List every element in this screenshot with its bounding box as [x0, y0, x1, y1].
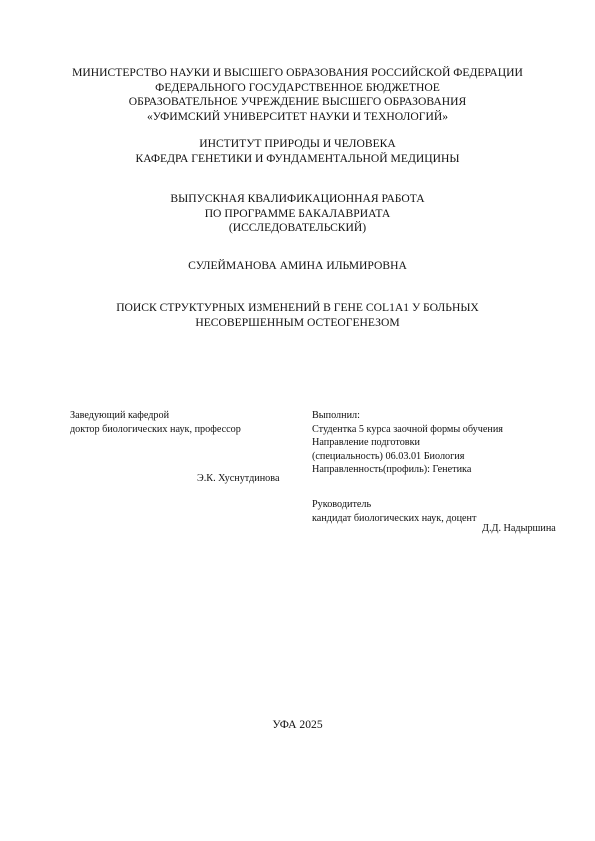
- head-name: Э.К. Хуснутдинова: [197, 472, 279, 486]
- city-year-text: УФА 2025: [0, 718, 595, 733]
- thesis-topic: ПОИСК СТРУКТУРНЫХ ИЗМЕНЕНИЙ В ГЕНЕ COL1A…: [0, 301, 595, 330]
- performer-line: Направленность(профиль): Генетика: [312, 463, 503, 477]
- header-line: ФЕДЕРАЛЬНОГО ГОСУДАРСТВЕННОЕ БЮДЖЕТНОЕ: [0, 81, 595, 96]
- header-line: МИНИСТЕРСТВО НАУКИ И ВЫСШЕГО ОБРАЗОВАНИЯ…: [0, 66, 595, 81]
- topic-line: НЕСОВЕРШЕННЫМ ОСТЕОГЕНЕЗОМ: [0, 316, 595, 331]
- work-type-line: (ИССЛЕДОВАТЕЛЬСКИЙ): [0, 221, 595, 236]
- performer-line: Студентка 5 курса заочной формы обучения: [312, 423, 503, 437]
- supervisor-block: Руководитель кандидат биологических наук…: [312, 498, 476, 525]
- head-title: Заведующий кафедрой: [70, 409, 241, 423]
- supervisor-name: Д.Д. Надыршина: [482, 522, 556, 536]
- header-line: ОБРАЗОВАТЕЛЬНОЕ УЧРЕЖДЕНИЕ ВЫСШЕГО ОБРАЗ…: [0, 95, 595, 110]
- ministry-header: МИНИСТЕРСТВО НАУКИ И ВЫСШЕГО ОБРАЗОВАНИЯ…: [0, 66, 595, 124]
- department-name: КАФЕДРА ГЕНЕТИКИ И ФУНДАМЕНТАЛЬНОЙ МЕДИЦ…: [0, 152, 595, 167]
- institute-name: ИНСТИТУТ ПРИРОДЫ И ЧЕЛОВЕКА: [0, 137, 595, 152]
- author-name: СУЛЕЙМАНОВА АМИНА ИЛЬМИРОВНА: [0, 259, 595, 274]
- topic-line: ПОИСК СТРУКТУРНЫХ ИЗМЕНЕНИЙ В ГЕНЕ COL1A…: [0, 301, 595, 316]
- work-type-line: ПО ПРОГРАММЕ БАКАЛАВРИАТА: [0, 207, 595, 222]
- head-degree: доктор биологических наук, профессор: [70, 423, 241, 437]
- city-year: УФА 2025: [0, 718, 595, 733]
- performer-line: (специальность) 06.03.01 Биология: [312, 450, 503, 464]
- work-type-block: ВЫПУСКНАЯ КВАЛИФИКАЦИОННАЯ РАБОТА ПО ПРО…: [0, 192, 595, 236]
- author-name-text: СУЛЕЙМАНОВА АМИНА ИЛЬМИРОВНА: [0, 259, 595, 274]
- header-line: «УФИМСКИЙ УНИВЕРСИТЕТ НАУКИ И ТЕХНОЛОГИЙ…: [0, 110, 595, 125]
- work-type-line: ВЫПУСКНАЯ КВАЛИФИКАЦИОННАЯ РАБОТА: [0, 192, 595, 207]
- performer-label: Выполнил:: [312, 409, 503, 423]
- institute-block: ИНСТИТУТ ПРИРОДЫ И ЧЕЛОВЕКА КАФЕДРА ГЕНЕ…: [0, 137, 595, 166]
- performer-line: Направление подготовки: [312, 436, 503, 450]
- head-of-department-block: Заведующий кафедрой доктор биологических…: [70, 409, 241, 436]
- supervisor-degree: кандидат биологических наук, доцент: [312, 512, 476, 526]
- supervisor-title: Руководитель: [312, 498, 476, 512]
- performer-block: Выполнил: Студентка 5 курса заочной форм…: [312, 409, 503, 477]
